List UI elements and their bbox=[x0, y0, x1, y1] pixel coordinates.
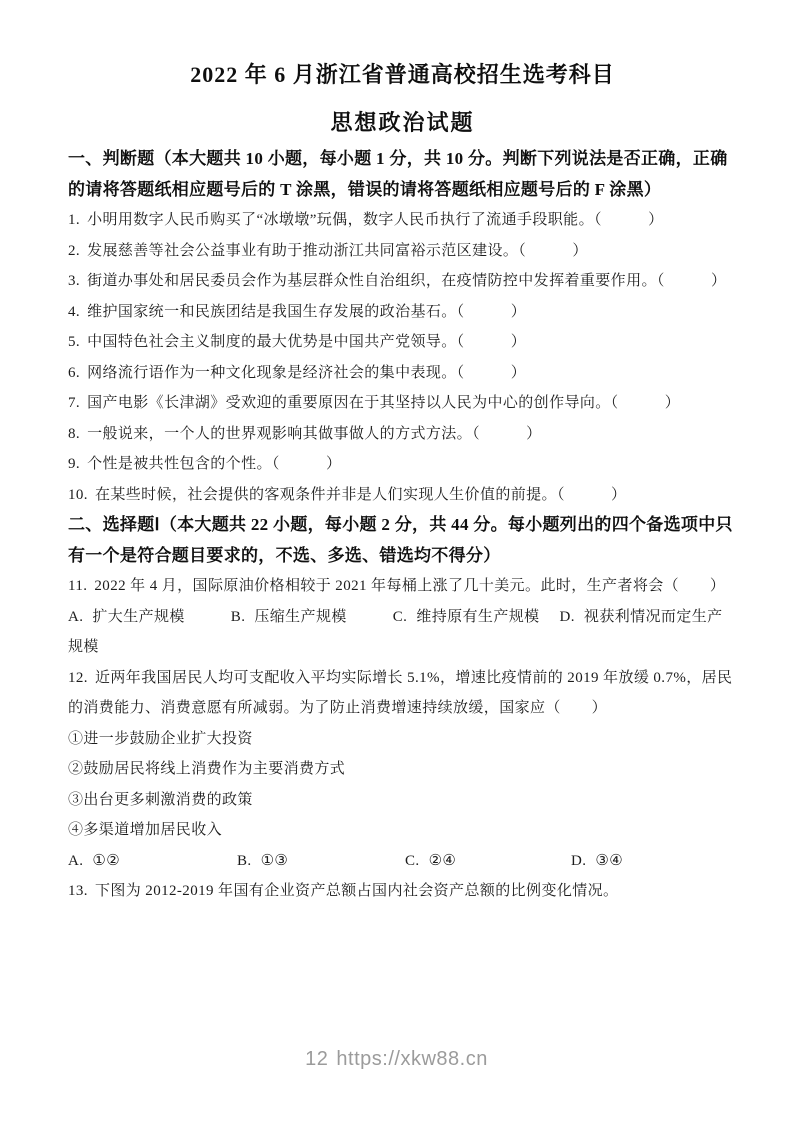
option-a-label: A. bbox=[68, 853, 83, 869]
question-12-item-1: ①进一步鼓励企业扩大投资 bbox=[68, 724, 737, 755]
question-12-option-b: B.①③ bbox=[237, 846, 405, 877]
question-6-text: 网络流行语作为一种文化现象是经济社会的集中表现。（ ） bbox=[87, 365, 526, 381]
option-c-text: ②④ bbox=[429, 853, 457, 869]
question-12-options: A.①② B.①③ C.②④ D.③④ bbox=[68, 846, 737, 877]
question-5-text: 中国特色社会主义制度的最大优势是中国共产党领导。（ ） bbox=[87, 334, 526, 350]
question-12-number: 12. bbox=[68, 670, 88, 686]
question-4: 4.维护国家统一和民族团结是我国生存发展的政治基石。（ ） bbox=[68, 297, 737, 328]
question-1-number: 1. bbox=[68, 212, 80, 228]
question-13: 13.下图为 2012-2019 年国有企业资产总额占国内社会资产总额的比例变化… bbox=[68, 876, 737, 907]
option-d-text: ③④ bbox=[595, 853, 623, 869]
question-4-text: 维护国家统一和民族团结是我国生存发展的政治基石。（ ） bbox=[87, 304, 526, 320]
question-6: 6.网络流行语作为一种文化现象是经济社会的集中表现。（ ） bbox=[68, 358, 737, 389]
question-13-text: 下图为 2012-2019 年国有企业资产总额占国内社会资产总额的比例变化情况。 bbox=[95, 883, 619, 899]
question-12-option-c: C.②④ bbox=[405, 846, 571, 877]
option-b-text: 压缩生产规模 bbox=[254, 609, 346, 625]
question-7: 7.国产电影《长津湖》受欢迎的重要原因在于其坚持以人民为中心的创作导向。（ ） bbox=[68, 388, 737, 419]
question-12: 12.近两年我国居民人均可支配收入平均实际增长 5.1%，增速比疫情前的 201… bbox=[68, 663, 737, 724]
question-5: 5.中国特色社会主义制度的最大优势是中国共产党领导。（ ） bbox=[68, 327, 737, 358]
question-11-options: A.扩大生产规模B.压缩生产规模C.维持原有生产规模D.视获利情况而定生产规模 bbox=[68, 602, 737, 663]
option-b-label: B. bbox=[237, 853, 252, 869]
section-1-heading: 一、判断题（本大题共 10 小题，每小题 1 分，共 10 分。判断下列说法是否… bbox=[68, 144, 737, 205]
question-3-number: 3. bbox=[68, 273, 80, 289]
question-12-item-3: ③出台更多刺激消费的政策 bbox=[68, 785, 737, 816]
option-d-label: D. bbox=[571, 853, 586, 869]
option-c-text: 维持原有生产规模 bbox=[416, 609, 539, 625]
question-12-option-a: A.①② bbox=[68, 846, 237, 877]
option-b-label: B. bbox=[231, 609, 246, 625]
footer-url: https://xkw88.cn bbox=[336, 1048, 487, 1070]
question-11-option-b: B.压缩生产规模 bbox=[231, 609, 347, 625]
question-11-text: 2022 年 4 月，国际原油价格相较于 2021 年每桶上涨了几十美元。此时，… bbox=[94, 578, 725, 594]
question-4-number: 4. bbox=[68, 304, 80, 320]
page-number: 12 bbox=[305, 1048, 328, 1070]
question-12-option-d: D.③④ bbox=[571, 846, 737, 877]
question-10: 10.在某些时候，社会提供的客观条件并非是人们实现人生价值的前提。（ ） bbox=[68, 480, 737, 511]
question-10-text: 在某些时候，社会提供的客观条件并非是人们实现人生价值的前提。（ ） bbox=[95, 487, 627, 503]
paper-title: 2022 年 6 月浙江省普通高校招生选考科目 bbox=[68, 60, 737, 90]
question-10-number: 10. bbox=[68, 487, 88, 503]
question-11-option-c: C.维持原有生产规模 bbox=[393, 609, 540, 625]
option-a-text: 扩大生产规模 bbox=[92, 609, 184, 625]
exam-paper-page: 2022 年 6 月浙江省普通高校招生选考科目 思想政治试题 一、判断题（本大题… bbox=[0, 0, 793, 1122]
option-c-label: C. bbox=[405, 853, 420, 869]
question-1: 1.小明用数字人民币购买了“冰墩墩”玩偶，数字人民币执行了流通手段职能。（ ） bbox=[68, 205, 737, 236]
question-7-text: 国产电影《长津湖》受欢迎的重要原因在于其坚持以人民为中心的创作导向。（ ） bbox=[87, 395, 680, 411]
question-2: 2.发展慈善等社会公益事业有助于推动浙江共同富裕示范区建设。（ ） bbox=[68, 236, 737, 267]
question-9: 9.个性是被共性包含的个性。（ ） bbox=[68, 449, 737, 480]
question-3: 3.街道办事处和居民委员会作为基层群众性自治组织，在疫情防控中发挥着重要作用。（… bbox=[68, 266, 737, 297]
question-13-number: 13. bbox=[68, 883, 88, 899]
question-2-text: 发展慈善等社会公益事业有助于推动浙江共同富裕示范区建设。（ ） bbox=[87, 243, 588, 259]
page-footer: 12https://xkw88.cn bbox=[0, 1048, 793, 1071]
question-7-number: 7. bbox=[68, 395, 80, 411]
question-11-number: 11. bbox=[68, 578, 87, 594]
question-8-number: 8. bbox=[68, 426, 80, 442]
question-9-text: 个性是被共性包含的个性。（ ） bbox=[87, 456, 341, 472]
paper-subtitle: 思想政治试题 bbox=[68, 108, 737, 138]
question-11-option-a: A.扩大生产规模 bbox=[68, 609, 185, 625]
question-1-text: 小明用数字人民币购买了“冰墩墩”玩偶，数字人民币执行了流通手段职能。（ ） bbox=[87, 212, 663, 228]
option-c-label: C. bbox=[393, 609, 408, 625]
option-a-label: A. bbox=[68, 609, 83, 625]
question-11: 11.2022 年 4 月，国际原油价格相较于 2021 年每桶上涨了几十美元。… bbox=[68, 571, 737, 602]
question-6-number: 6. bbox=[68, 365, 80, 381]
question-3-text: 街道办事处和居民委员会作为基层群众性自治组织，在疫情防控中发挥着重要作用。（ ） bbox=[87, 273, 726, 289]
option-d-label: D. bbox=[560, 609, 575, 625]
question-9-number: 9. bbox=[68, 456, 80, 472]
question-12-item-4: ④多渠道增加居民收入 bbox=[68, 815, 737, 846]
question-8: 8.一般说来，一个人的世界观影响其做事做人的方式方法。（ ） bbox=[68, 419, 737, 450]
question-5-number: 5. bbox=[68, 334, 80, 350]
option-a-text: ①② bbox=[92, 853, 120, 869]
option-b-text: ①③ bbox=[261, 853, 289, 869]
question-12-text: 近两年我国居民人均可支配收入平均实际增长 5.1%，增速比疫情前的 2019 年… bbox=[68, 670, 732, 717]
question-12-item-2: ②鼓励居民将线上消费作为主要消费方式 bbox=[68, 754, 737, 785]
question-2-number: 2. bbox=[68, 243, 80, 259]
question-8-text: 一般说来，一个人的世界观影响其做事做人的方式方法。（ ） bbox=[87, 426, 542, 442]
section-2-heading: 二、选择题Ⅰ（本大题共 22 小题，每小题 2 分，共 44 分。每小题列出的四… bbox=[68, 510, 737, 571]
